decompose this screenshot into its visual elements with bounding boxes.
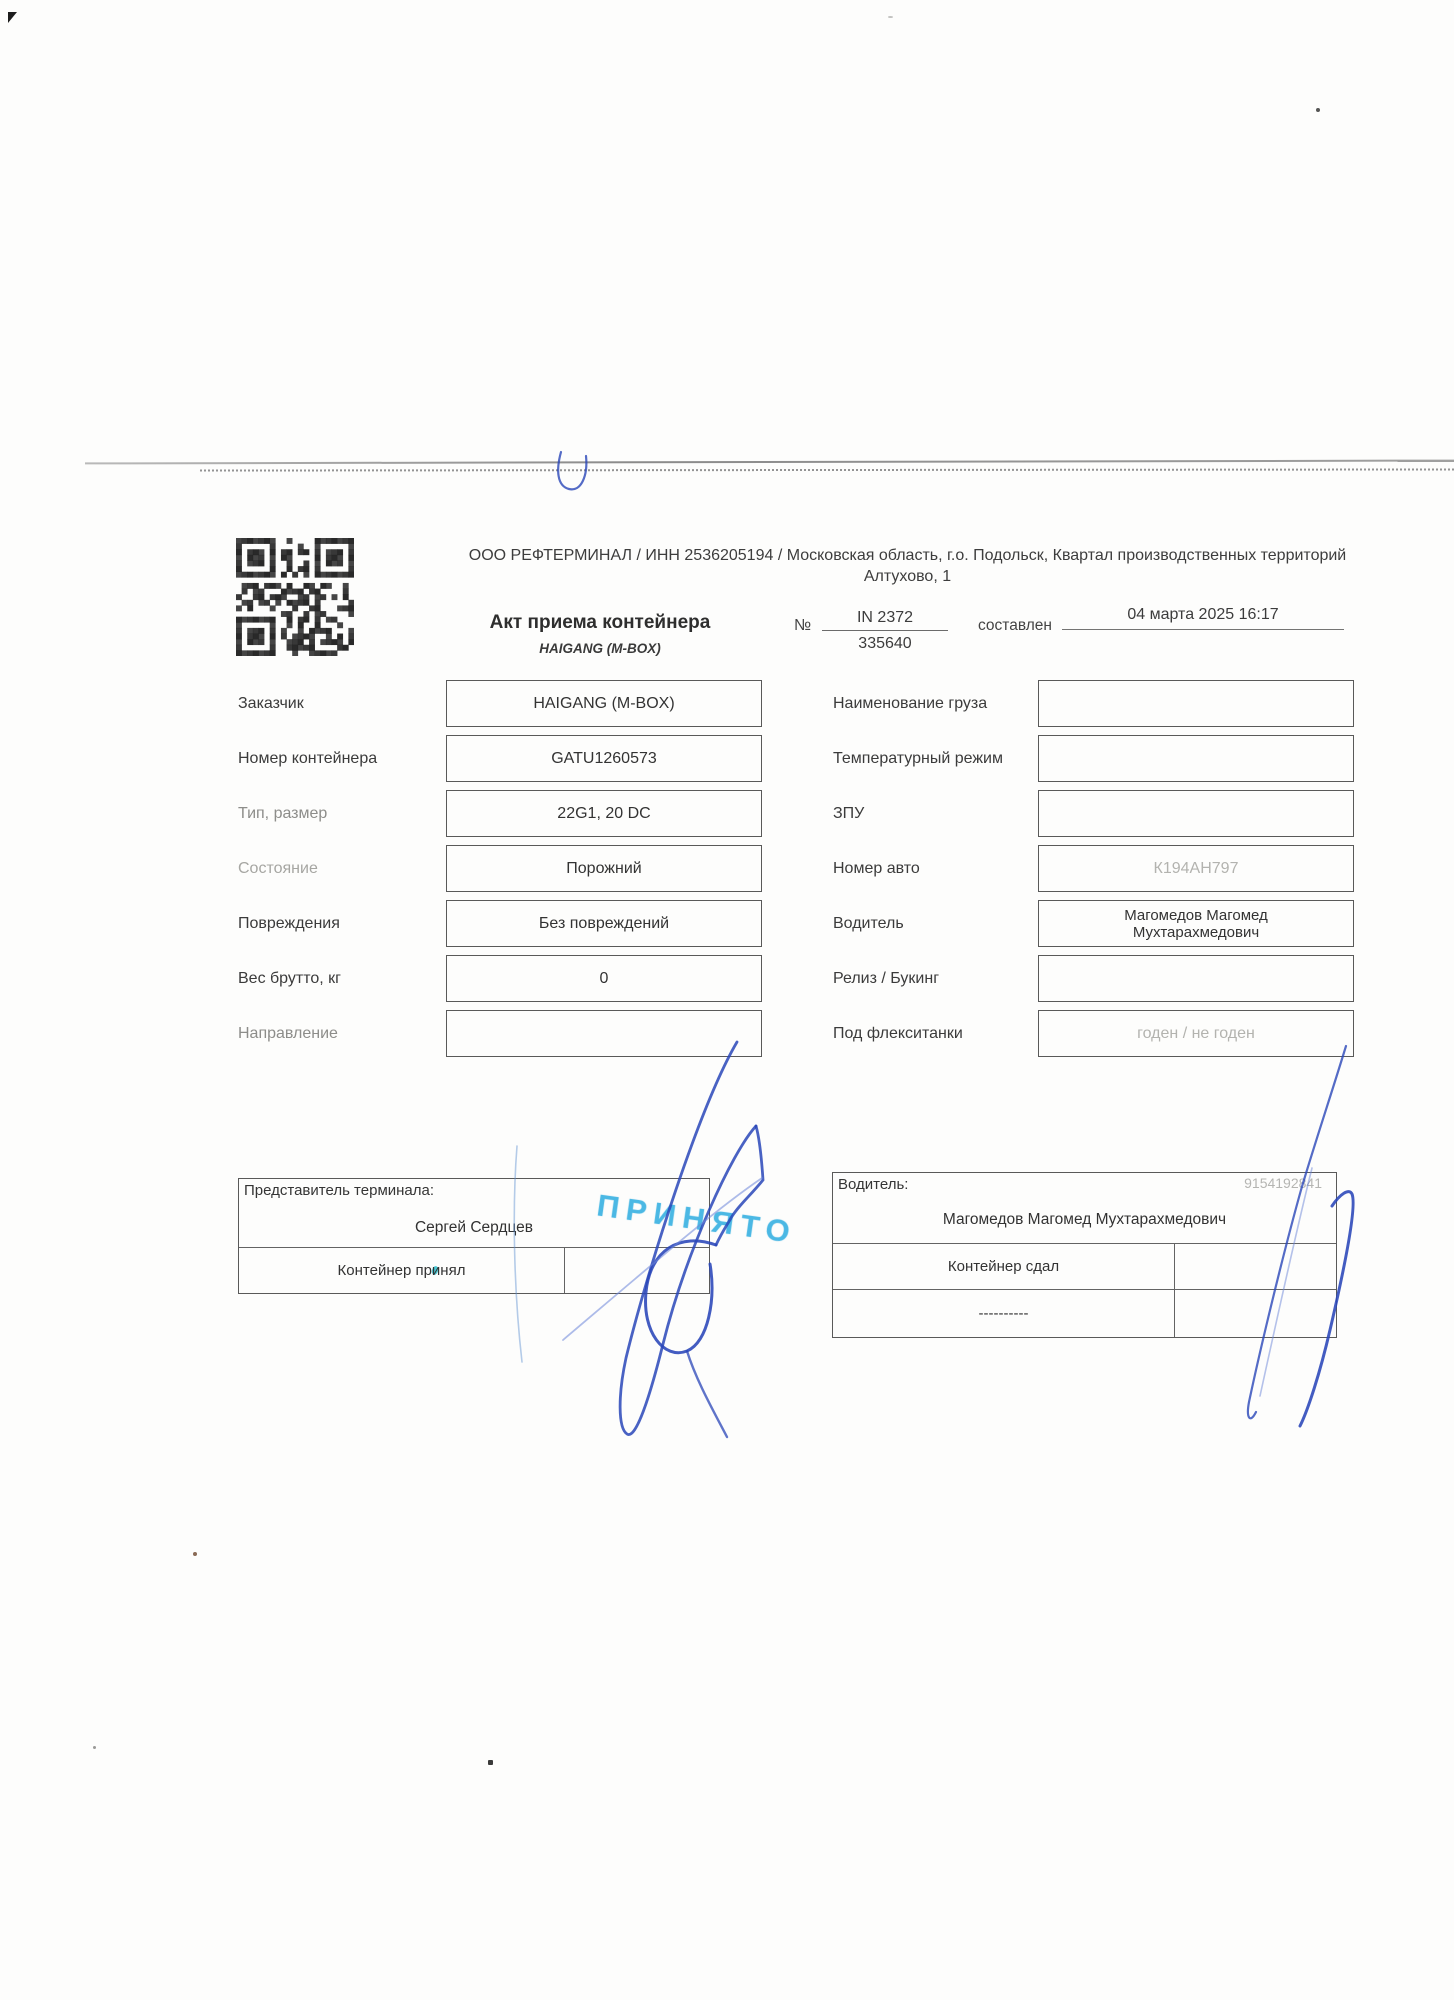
terminal-row-divider — [564, 1248, 565, 1293]
terminal-action-row: Контейнер принял — [239, 1247, 709, 1293]
field-label-release-booking: Релиз / Букинг — [833, 955, 1033, 1002]
field-box-damages: Без повреждений — [446, 900, 762, 947]
field-label-flexitank: Под флекситанки — [833, 1010, 1033, 1057]
field-label-temperature-mode: Температурный режим — [833, 735, 1033, 782]
field-label-truck-number: Номер авто — [833, 845, 1033, 892]
composed-label: составлен — [978, 617, 1052, 635]
scanned-document: { "scan_header": { "line1": "ООО РЕФТЕРМ… — [0, 0, 1454, 2000]
driver-action-cell: Контейнер сдал — [833, 1244, 1174, 1289]
document-number-bottom: 335640 — [822, 631, 948, 653]
field-box-flexitank: годен / не годен — [1038, 1010, 1354, 1057]
terminal-action-label: Контейнер принял — [338, 1262, 466, 1279]
field-value-truck-number: К194АН797 — [1154, 860, 1239, 878]
driver-action-row: Контейнер сдал — [833, 1243, 1336, 1289]
field-box-condition: Порожний — [446, 845, 762, 892]
field-value-gross-weight: 0 — [600, 970, 609, 988]
field-label-gross-weight: Вес брутто, кг — [238, 955, 438, 1002]
signature-tail — [687, 1351, 727, 1437]
driver-placeholder-row: ---------- — [833, 1289, 1336, 1337]
driver-placeholder-cell: ---------- — [833, 1290, 1174, 1337]
field-box-truck-number: К194АН797 — [1038, 845, 1354, 892]
field-label-cargo-name: Наименование груза — [833, 680, 1033, 727]
composed-date: 04 марта 2025 16:17 — [1062, 606, 1344, 630]
field-box-release-booking — [1038, 955, 1354, 1002]
document-number-sign: № — [794, 617, 811, 635]
field-label-condition: Состояние — [238, 845, 438, 892]
document-subtitle: HAIGANG (M-BOX) — [455, 641, 745, 656]
field-label-container-number: Номер контейнера — [238, 735, 438, 782]
field-box-temperature-mode — [1038, 735, 1354, 782]
field-label-driver: Водитель — [833, 900, 1033, 947]
scan-speck — [1316, 108, 1320, 112]
field-box-customer: HAIGANG (M-BOX) — [446, 680, 762, 727]
driver-row-divider — [1174, 1244, 1175, 1289]
company-header: ООО РЕФТЕРМИНАЛ / ИНН 2536205194 / Моско… — [455, 545, 1360, 587]
field-value-driver: Магомедов Магомед Мухтарахмедович — [1079, 907, 1314, 941]
field-box-cargo-name — [1038, 680, 1354, 727]
company-header-line1: ООО РЕФТЕРМИНАЛ / ИНН 2536205194 / Моско… — [455, 545, 1360, 566]
scan-speck — [888, 16, 893, 18]
driver-row-divider2 — [1174, 1290, 1175, 1337]
field-label-direction: Направление — [238, 1010, 438, 1057]
field-value-flexitank: годен / не годен — [1137, 1025, 1255, 1043]
field-label-damages: Повреждения — [238, 900, 438, 947]
field-value-type-size: 22G1, 20 DC — [557, 805, 650, 823]
driver-name: Магомедов Магомед Мухтарахмедович — [833, 1211, 1336, 1229]
field-label-seal: ЗПУ — [833, 790, 1033, 837]
scan-speck — [193, 1552, 197, 1556]
field-box-direction — [446, 1010, 762, 1057]
field-box-driver: Магомедов Магомед Мухтарахмедович — [1038, 900, 1354, 947]
field-box-gross-weight: 0 — [446, 955, 762, 1002]
field-label-type-size: Тип, размер — [238, 790, 438, 837]
scan-speck — [488, 1760, 493, 1765]
scan-speck — [93, 1746, 96, 1749]
field-value-damages: Без повреждений — [539, 915, 669, 933]
document-title: Акт приема контейнера — [455, 612, 745, 634]
driver-block-note: 9154192841 — [1244, 1175, 1322, 1191]
scan-fold-line — [85, 460, 1454, 465]
driver-action-label: Контейнер сдал — [948, 1258, 1059, 1275]
scan-fold-dotted-line — [200, 468, 1454, 471]
document-number: IN 2372 335640 — [822, 609, 948, 653]
field-value-customer: HAIGANG (M-BOX) — [533, 695, 674, 713]
document-number-top: IN 2372 — [822, 609, 948, 631]
driver-block-header: Водитель: — [838, 1176, 908, 1193]
qr-code — [236, 538, 354, 656]
field-value-container-number: GATU1260573 — [551, 750, 657, 768]
field-box-seal — [1038, 790, 1354, 837]
field-label-customer: Заказчик — [238, 680, 438, 727]
terminal-action-cell: Контейнер принял — [239, 1248, 564, 1293]
driver-signature-block: Водитель: 9154192841 Магомедов Магомед М… — [832, 1172, 1337, 1338]
scan-corner-mark — [8, 12, 17, 23]
terminal-block-header: Представитель терминала: — [244, 1182, 434, 1199]
driver-placeholder-dashes: ---------- — [979, 1305, 1029, 1322]
field-value-condition: Порожний — [566, 860, 641, 878]
company-header-line2: Алтухово, 1 — [455, 566, 1360, 587]
field-box-type-size: 22G1, 20 DC — [446, 790, 762, 837]
field-box-container-number: GATU1260573 — [446, 735, 762, 782]
